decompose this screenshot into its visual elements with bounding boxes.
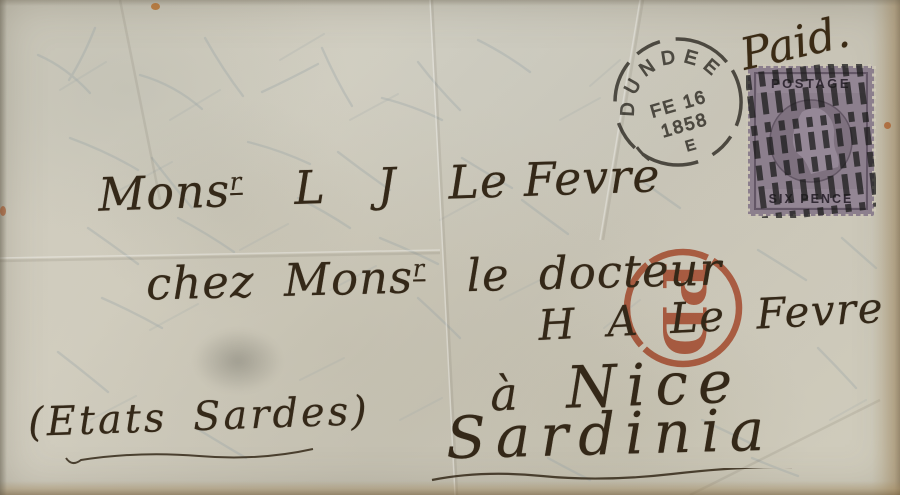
destination-country: Sardinia (445, 396, 775, 473)
six-pence-stamp: POSTAGE SIX PENCE (746, 64, 876, 222)
rust-speck (151, 3, 160, 10)
care-of-text: chez Mons (145, 251, 413, 311)
rust-speck (884, 122, 891, 129)
ink-smudge (192, 328, 284, 394)
superscript-r: r (229, 167, 242, 195)
addressee-title: Monsr (97, 163, 243, 222)
envelope-left-edge (0, 0, 7, 495)
addressee-initial: L (293, 160, 326, 215)
postmark-index: E (683, 136, 697, 155)
stamp-value-label: SIX PENCE (769, 192, 854, 206)
addressee-surname: Le Fevre (447, 148, 661, 209)
stamp-postage-label: POSTAGE (771, 76, 851, 91)
superscript-r: r (412, 254, 425, 282)
envelope-top-edge (0, 0, 900, 6)
envelope-right-edge (872, 0, 900, 495)
postal-cover-photo: POSTAGE SIX PENCE DUNDEE FE 16 1858 E (0, 0, 900, 495)
endorsement-flourish (58, 446, 328, 466)
rust-speck (0, 206, 6, 216)
underline-flourish (428, 468, 818, 486)
addressee-initial: J (376, 157, 397, 212)
